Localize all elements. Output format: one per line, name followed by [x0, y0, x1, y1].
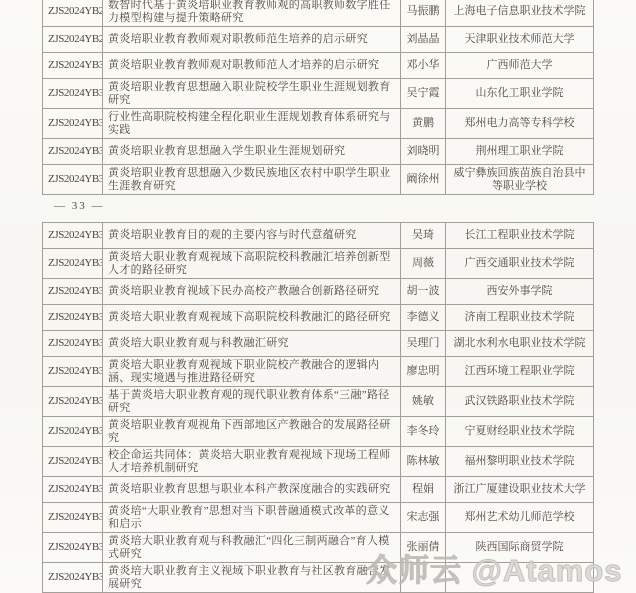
project-id-cell: ZJS2024YB314	[43, 477, 103, 503]
project-title-cell: 数智时代基于黄炎培职业教育教师观的高职教师数字胜任力模型构建与提升策略研究	[103, 0, 401, 27]
project-title-cell: 校企命运共同体：黄炎培大职业教育观视域下现场工程师人才培养机制研究	[103, 447, 401, 477]
table-row: ZJS2024YB315 黄炎培“大职业教育”思想对当下职普融通模式改革的意义和…	[43, 503, 594, 533]
table-row: ZJS2024YB311 基于黄炎培大职业教育观的现代职业教育体系“三融”路径研…	[43, 387, 594, 417]
projects-table-top: ZJS2024YB298 数智时代基于黄炎培职业教育教师观的高职教师数字胜任力模…	[42, 0, 594, 195]
table-row: ZJS2024YB305 黄炎培职业教育目的观的主要内容与时代意蕴研究 吴琦 长…	[43, 223, 594, 249]
table-row: ZJS2024YB306 黄炎培大职业教育观视域下高职院校科教融汇培养创新型人才…	[43, 249, 594, 279]
project-leader-cell: 周薇	[401, 249, 446, 279]
project-institution-cell: 长江工程职业技术学院	[446, 223, 594, 249]
table-row: ZJS2024YB302 行业性高职院校构建全程化职业生涯规划教育体系研究与实践…	[43, 109, 594, 139]
scanned-document-page: ZJS2024YB298 数智时代基于黄炎培职业教育教师观的高职教师数字胜任力模…	[0, 0, 636, 593]
table-row: ZJS2024YB307 黄炎培职业教育视域下民办高校产教融合创新路径研究 胡一…	[43, 279, 594, 305]
project-leader-cell: 张丽倩	[401, 533, 446, 563]
project-institution-cell: 郑州艺术幼儿师范学校	[446, 503, 594, 533]
project-title-cell: 黄炎培职业教育视域下民办高校产教融合创新路径研究	[103, 279, 401, 305]
projects-table-top-body: ZJS2024YB298 数智时代基于黄炎培职业教育教师观的高职教师数字胜任力模…	[43, 0, 594, 195]
project-title-cell: 黄炎培“大职业教育”思想对当下职普融通模式改革的意义和启示	[103, 503, 401, 533]
project-institution-cell: 天津职业技术师范大学	[446, 27, 594, 53]
project-leader-cell: 陈林敏	[401, 447, 446, 477]
project-id-cell: ZJS2024YB302	[43, 109, 103, 139]
project-title-cell: 黄炎培大职业教育观与科教融汇“四化三制两融合”育人模式研究	[103, 533, 401, 563]
table-row: ZJS2024YB314 黄炎培职业教育思想与职业本科产教深度融合的实践研究 程…	[43, 477, 594, 503]
project-title-cell: 黄炎培大职业教育观视域下高职院校科教融汇的路径研究	[103, 305, 401, 331]
project-title-cell: 黄炎培职业教育教师观对职教师范生培养的启示研究	[103, 27, 401, 53]
project-id-cell: ZJS2024YB312	[43, 417, 103, 447]
project-title-cell: 黄炎培职业教育思想与职业本科产教深度融合的实践研究	[103, 477, 401, 503]
project-id-cell: ZJS2024YB303	[43, 139, 103, 165]
project-id-cell: ZJS2024YB299	[43, 27, 103, 53]
project-leader-cell: 黄鹏	[401, 109, 446, 139]
table-row: ZJS2024YB304 黄炎培职业教育思想融入少数民族地区农村中职学生职业生涯…	[43, 165, 594, 195]
project-title-cell: 黄炎培职业教育思想融入少数民族地区农村中职学生职业生涯教育研究	[103, 165, 401, 195]
project-id-cell: ZJS2024YB300	[43, 53, 103, 79]
project-title-cell: 黄炎培大职业教育观与科教融汇研究	[103, 331, 401, 357]
project-institution-cell: 福州黎明职业技术学院	[446, 447, 594, 477]
project-title-cell: 黄炎培大职业教育观视域下职业院校产教融合的逻辑内涵、现实境遇与推进路径研究	[103, 357, 401, 387]
table-row: ZJS2024YB301 黄炎培职业教育思想融入职业院校学生职业生涯规划教育研究…	[43, 79, 594, 109]
project-title-cell: 黄炎培大职业教育观视域下高职院校科教融汇培养创新型人才的路径研究	[103, 249, 401, 279]
project-id-cell: ZJS2024YB308	[43, 305, 103, 331]
project-institution-cell	[446, 563, 594, 593]
project-id-cell: ZJS2024YB317	[43, 563, 103, 593]
project-id-cell: ZJS2024YB306	[43, 249, 103, 279]
project-leader-cell: 胡一波	[401, 279, 446, 305]
project-institution-cell: 济南工程职业技术学院	[446, 305, 594, 331]
table-row: ZJS2024YB317 黄炎培大职业教育主义视域下职业教育与社区教育融合发展研…	[43, 563, 594, 593]
project-id-cell: ZJS2024YB307	[43, 279, 103, 305]
project-title-cell: 黄炎培职业教育观视角下西部地区产教融合的发展路径研究	[103, 417, 401, 447]
table-row: ZJS2024YB313 校企命运共同体：黄炎培大职业教育观视域下现场工程师人才…	[43, 447, 594, 477]
project-title-cell: 黄炎培职业教育思想融入学生职业生涯规划研究	[103, 139, 401, 165]
project-institution-cell: 上海电子信息职业技术学院	[446, 0, 594, 27]
project-institution-cell: 山东化工职业学院	[446, 79, 594, 109]
project-id-cell: ZJS2024YB316	[43, 533, 103, 563]
project-leader-cell: 廖忠明	[401, 357, 446, 387]
project-title-cell: 黄炎培职业教育思想融入职业院校学生职业生涯规划教育研究	[103, 79, 401, 109]
table-row: ZJS2024YB300 黄炎培职业教育教师观对职教师范人才培养的启示研究 邓小…	[43, 53, 594, 79]
projects-table-bottom-body: ZJS2024YB305 黄炎培职业教育目的观的主要内容与时代意蕴研究 吴琦 长…	[43, 223, 594, 593]
table-row: ZJS2024YB308 黄炎培大职业教育观视域下高职院校科教融汇的路径研究 李…	[43, 305, 594, 331]
table-row: ZJS2024YB310 黄炎培大职业教育观视域下职业院校产教融合的逻辑内涵、现…	[43, 357, 594, 387]
project-id-cell: ZJS2024YB305	[43, 223, 103, 249]
table-row: ZJS2024YB312 黄炎培职业教育观视角下西部地区产教融合的发展路径研究 …	[43, 417, 594, 447]
project-institution-cell: 宁夏财经职业技术学院	[446, 417, 594, 447]
project-id-cell: ZJS2024YB304	[43, 165, 103, 195]
project-institution-cell: 湖北水利水电职业技术学院	[446, 331, 594, 357]
project-institution-cell: 武汉铁路职业技术学院	[446, 387, 594, 417]
project-title-cell: 黄炎培职业教育目的观的主要内容与时代意蕴研究	[103, 223, 401, 249]
projects-table-bottom: ZJS2024YB305 黄炎培职业教育目的观的主要内容与时代意蕴研究 吴琦 长…	[42, 222, 594, 593]
project-leader-cell: 阚徐州	[401, 165, 446, 195]
project-id-cell: ZJS2024YB313	[43, 447, 103, 477]
project-id-cell: ZJS2024YB311	[43, 387, 103, 417]
project-id-cell: ZJS2024YB298	[43, 0, 103, 27]
project-id-cell: ZJS2024YB315	[43, 503, 103, 533]
project-leader-cell: 刘晓明	[401, 139, 446, 165]
project-title-cell: 黄炎培大职业教育主义视域下职业教育与社区教育融合发展研究	[103, 563, 401, 593]
project-id-cell: ZJS2024YB309	[43, 331, 103, 357]
project-leader-cell: 马振鹏	[401, 0, 446, 27]
project-leader-cell: 李德义	[401, 305, 446, 331]
project-leader-cell: 吴琦	[401, 223, 446, 249]
project-id-cell: ZJS2024YB301	[43, 79, 103, 109]
project-leader-cell	[401, 563, 446, 593]
project-institution-cell: 陕西国际商贸学院	[446, 533, 594, 563]
page-content: ZJS2024YB298 数智时代基于黄炎培职业教育教师观的高职教师数字胜任力模…	[42, 0, 594, 593]
project-institution-cell: 广西师范大学	[446, 53, 594, 79]
project-institution-cell: 郑州电力高等专科学校	[446, 109, 594, 139]
project-institution-cell: 西安外事学院	[446, 279, 594, 305]
project-leader-cell: 程娟	[401, 477, 446, 503]
project-leader-cell: 宋志强	[401, 503, 446, 533]
project-institution-cell: 江西环境工程职业学院	[446, 357, 594, 387]
project-id-cell: ZJS2024YB310	[43, 357, 103, 387]
project-leader-cell: 邓小华	[401, 53, 446, 79]
project-title-cell: 基于黄炎培大职业教育观的现代职业教育体系“三融”路径研究	[103, 387, 401, 417]
table-row: ZJS2024YB299 黄炎培职业教育教师观对职教师范生培养的启示研究 刘晶晶…	[43, 27, 594, 53]
table-row: ZJS2024YB309 黄炎培大职业教育观与科教融汇研究 吴理门 湖北水利水电…	[43, 331, 594, 357]
project-title-cell: 行业性高职院校构建全程化职业生涯规划教育体系研究与实践	[103, 109, 401, 139]
project-leader-cell: 李冬玲	[401, 417, 446, 447]
project-institution-cell: 荆州理工职业学院	[446, 139, 594, 165]
project-institution-cell: 威宁彝族回族苗族自治县中等职业学校	[446, 165, 594, 195]
table-row: ZJS2024YB316 黄炎培大职业教育观与科教融汇“四化三制两融合”育人模式…	[43, 533, 594, 563]
project-title-cell: 黄炎培职业教育教师观对职教师范人才培养的启示研究	[103, 53, 401, 79]
project-leader-cell: 吴宁霞	[401, 79, 446, 109]
project-institution-cell: 浙江广厦建设职业技术大学	[446, 477, 594, 503]
project-leader-cell: 刘晶晶	[401, 27, 446, 53]
table-row: ZJS2024YB303 黄炎培职业教育思想融入学生职业生涯规划研究 刘晓明 荆…	[43, 139, 594, 165]
project-leader-cell: 吴理门	[401, 331, 446, 357]
project-institution-cell: 广西交通职业技术学院	[446, 249, 594, 279]
page-number-marker: — 33 —	[54, 200, 594, 215]
project-leader-cell: 姚敏	[401, 387, 446, 417]
table-row: ZJS2024YB298 数智时代基于黄炎培职业教育教师观的高职教师数字胜任力模…	[43, 0, 594, 27]
